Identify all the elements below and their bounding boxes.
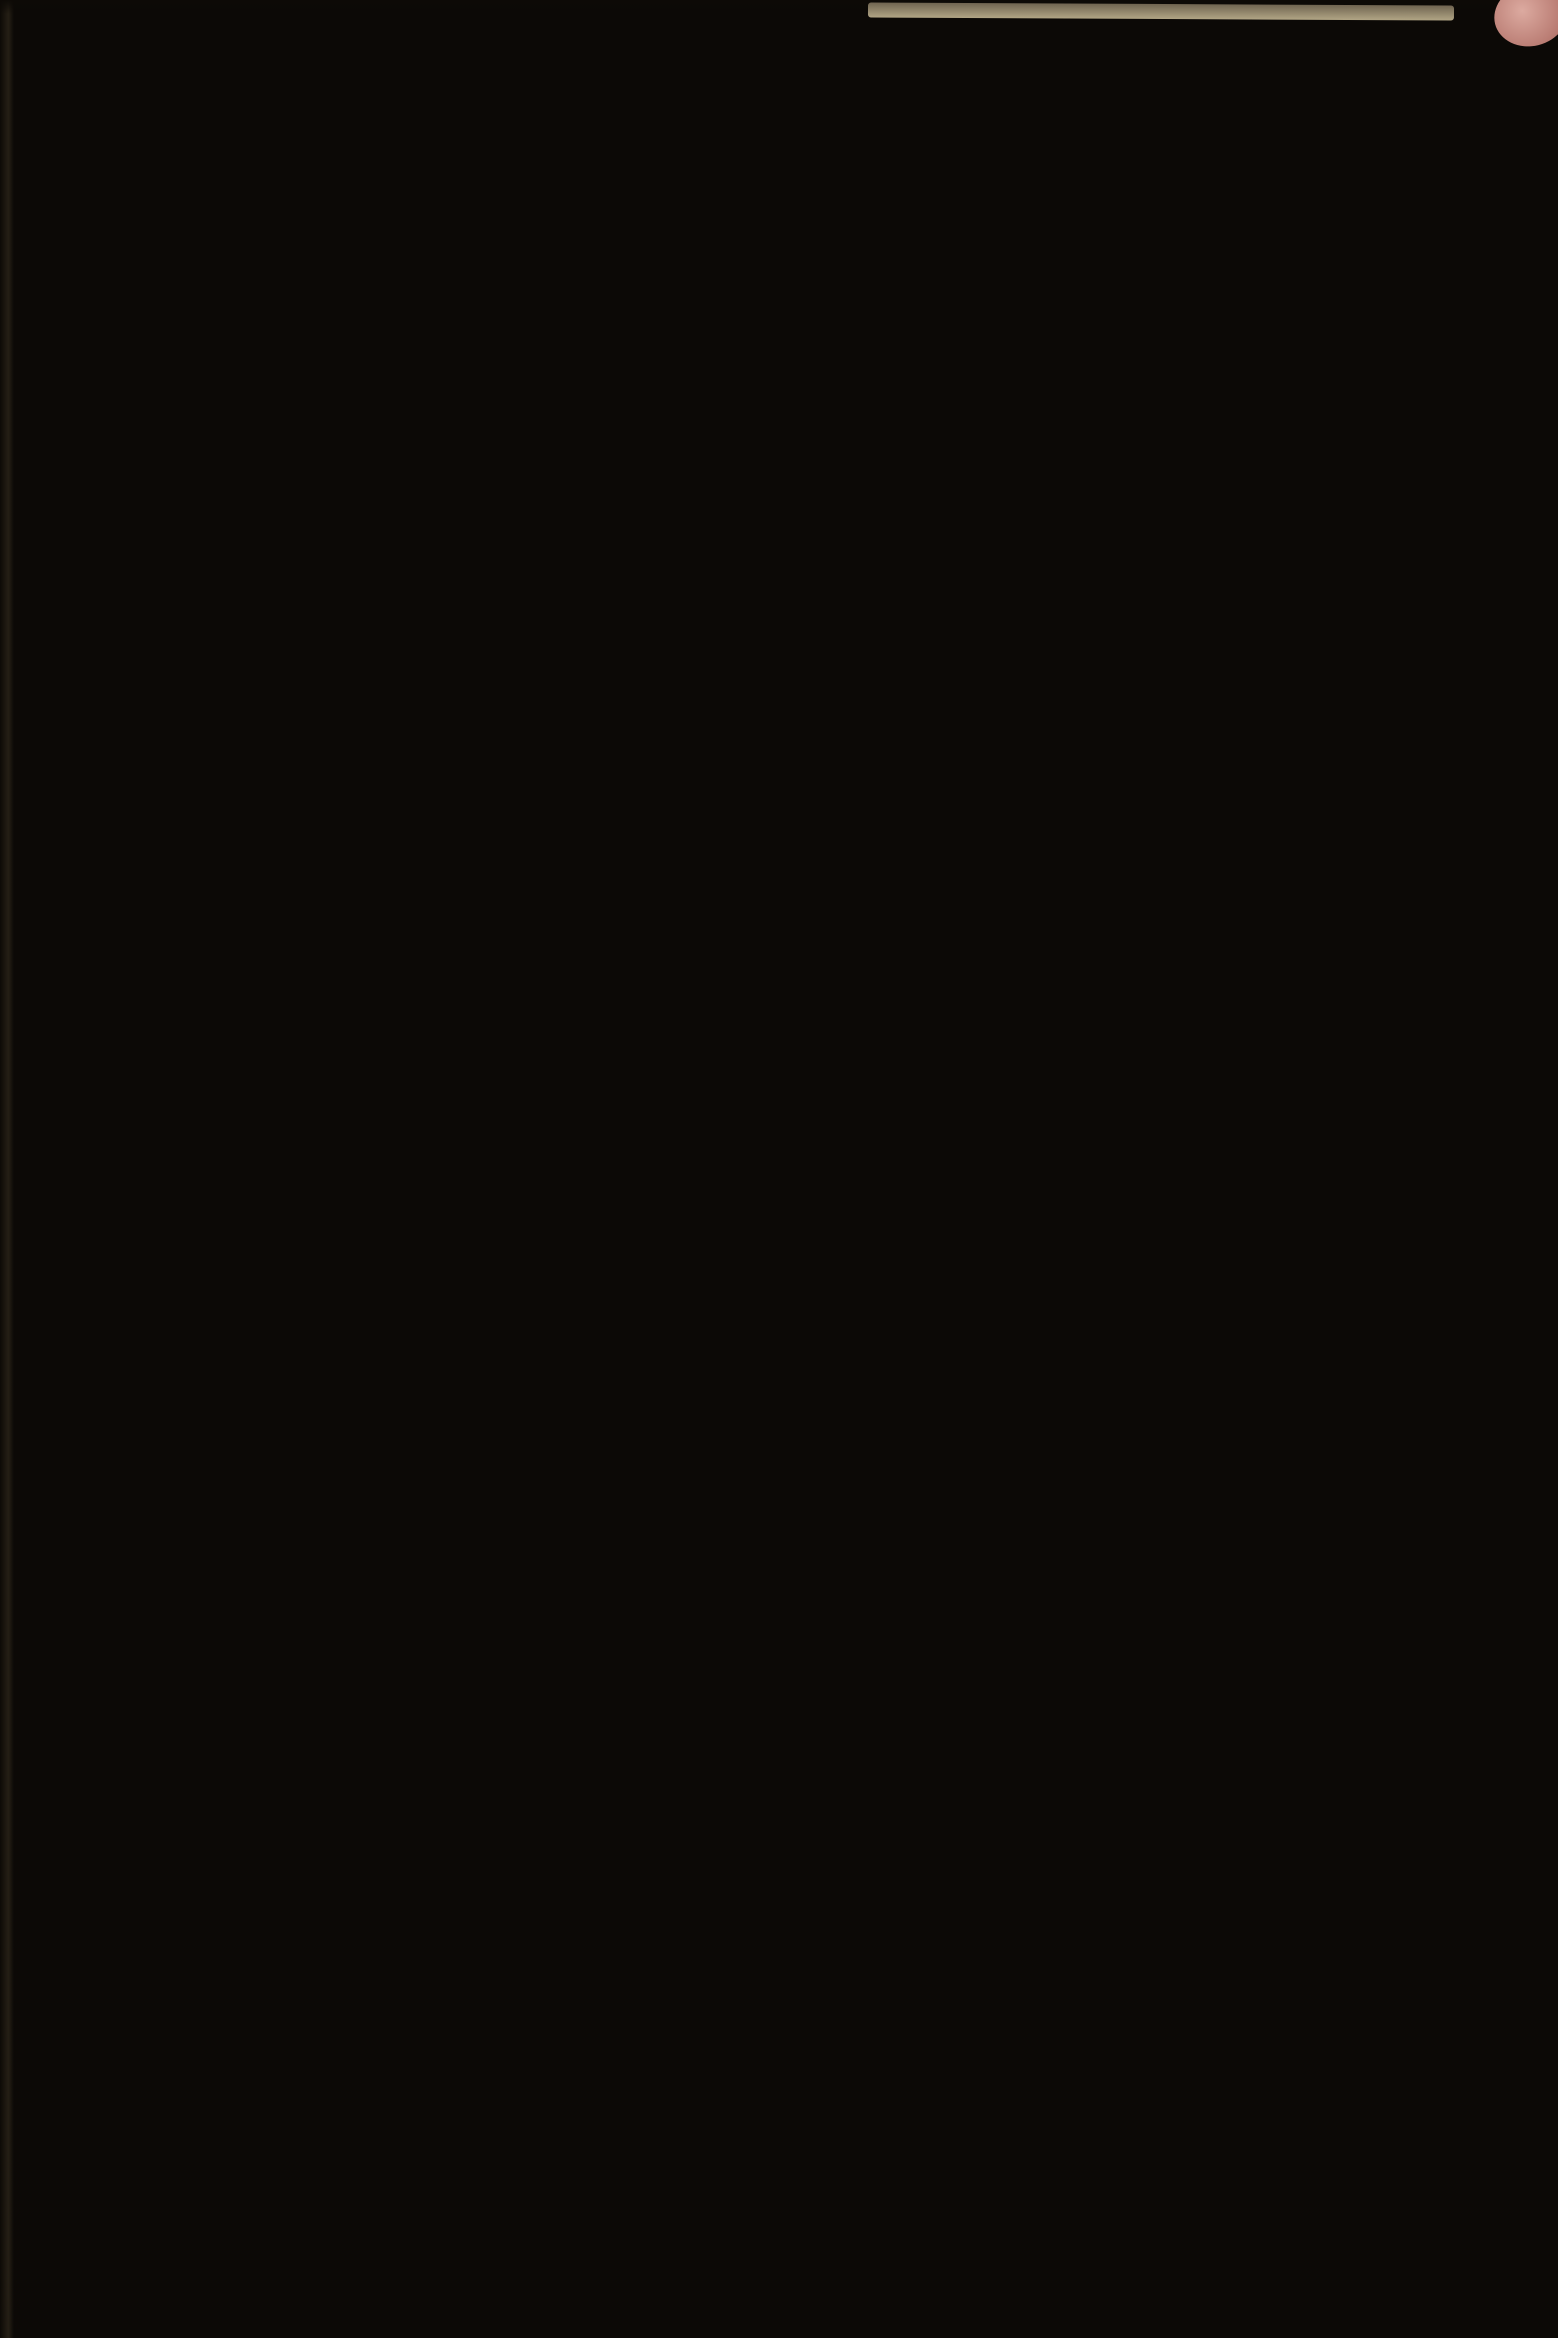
manuscript-photo: + 145. Eiusdem Decembris 1714. 19. Decim… bbox=[0, 0, 1558, 2338]
page-top-edge bbox=[868, 2, 1454, 20]
photo-edge bbox=[0, 0, 14, 2338]
photo-background bbox=[0, 0, 1558, 2338]
